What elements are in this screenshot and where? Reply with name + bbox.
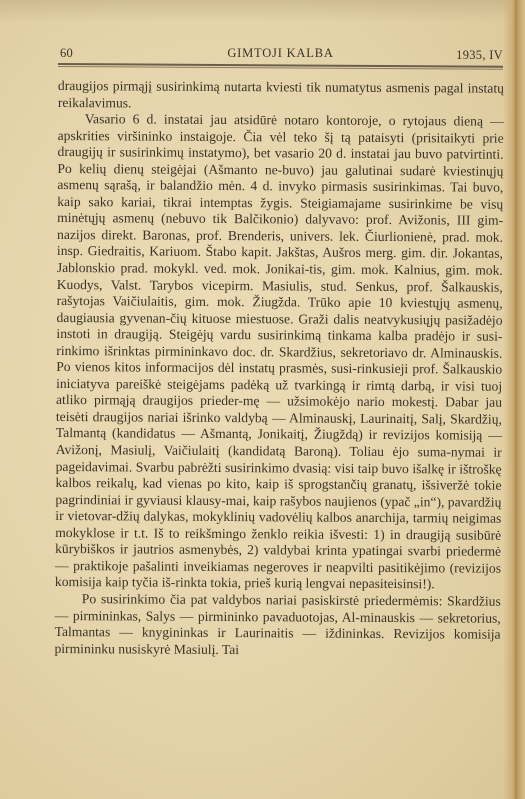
paragraph-2: Vasario 6 d. instatai jau atsidūrė notar… xyxy=(55,111,504,594)
page-top-shadow xyxy=(0,0,525,22)
issue-label: 1935, IV xyxy=(456,48,503,63)
book-spine-shadow xyxy=(503,0,525,799)
article-body: draugijos pirmąjį susirinkimą nutarta kv… xyxy=(54,78,504,660)
paragraph-3: Po susirinkimo čia pat valdybos nariai p… xyxy=(54,591,500,660)
journal-title: GIMTOJI KALBA xyxy=(58,46,503,61)
scanned-page: 60 GIMTOJI KALBA 1935, IV draugijos pirm… xyxy=(0,0,525,799)
paragraph-1: draugijos pirmąjį susirinkimą nutarta kv… xyxy=(58,78,504,114)
book-spine-edge xyxy=(515,0,517,799)
running-header: 60 GIMTOJI KALBA 1935, IV xyxy=(58,46,503,64)
